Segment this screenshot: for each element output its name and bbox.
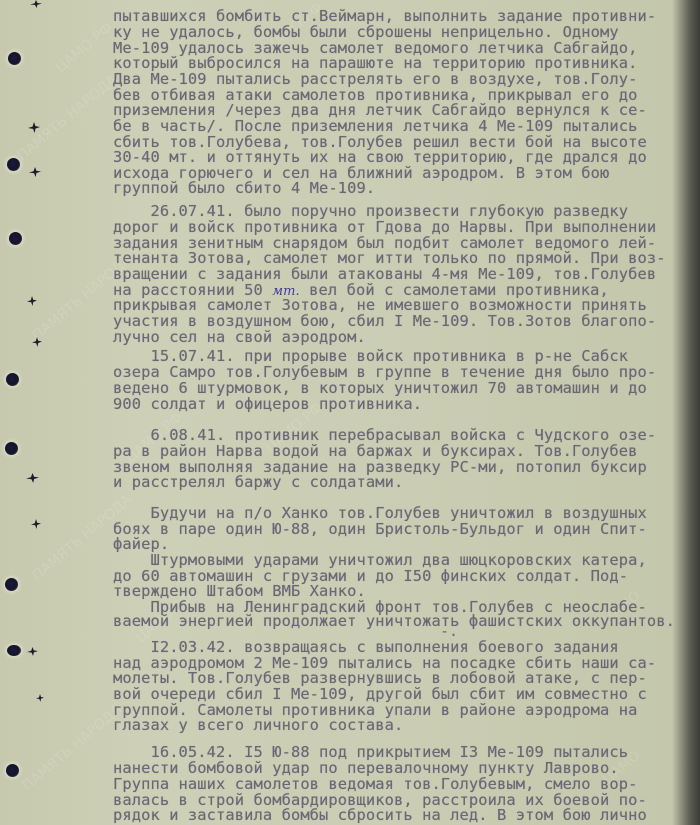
archive-watermark: ПАМЯТЬ НАРОДА: [19, 702, 125, 794]
binding-hole: [7, 158, 20, 171]
text-line: ваемой энергией продолжает уничтожать фа…: [113, 613, 675, 629]
text-line: прикрывая самолет Зотова, не имевшего во…: [113, 297, 647, 313]
text-line: ведено 6 штурмовок, в которых уничтожил …: [113, 380, 647, 396]
text-line: 15.07.41. при прорыве войск противника в…: [113, 348, 628, 364]
text-line: 16.05.42. I5 Ю-88 под прикрытием I3 Ме-1…: [113, 744, 628, 760]
text-line: 26.07.41. было поручно произвести глубок…: [113, 203, 628, 219]
paper-tear-mark: [31, 519, 41, 529]
paper-tear-mark: [36, 694, 44, 702]
binding-hole: [5, 578, 18, 591]
text-line: приземления /через два дня летчик Сабгай…: [113, 102, 647, 118]
paper-tear-mark: [29, 167, 41, 177]
text-line: 30-40 мт. и оттянуть их на свою территор…: [113, 149, 647, 165]
text-line: озера Самро тов.Голубевым в группе в теч…: [113, 364, 656, 380]
binding-hole: [8, 52, 21, 65]
paper-tear-mark: [30, 0, 42, 8]
text-line: Будучи на п/о Ханко тов.Голубев уничтожи…: [113, 505, 647, 521]
text-line: ра в район Нарва водой на баржах и букси…: [113, 443, 638, 459]
text-line: Группа наших самолетов ведомая тов.Голуб…: [113, 776, 638, 792]
text-line: тенанта Зотова, самолет мог итти только …: [113, 250, 666, 266]
text-line: I2.03.42. возвращаясь с выполнения боево…: [113, 639, 619, 655]
binding-hole: [5, 442, 18, 455]
text-line: пытавшихся бомбить ст.Веймарн, выполнить…: [113, 8, 656, 24]
archival-document-page: ЦАМО.РФ ЦАМО.РФ ПАМЯТЬ НАРОДА ЦАМО ПАМЯТ…: [0, 0, 700, 825]
text-line: 900 солдат и офицеров противника.: [113, 396, 422, 412]
text-line: который выбросился на парашюте на террит…: [113, 55, 638, 71]
text-line: вращении с задания были атакованы 4-мя М…: [113, 266, 656, 282]
text-line: молеты. Тов.Голубев развернувшись в лобо…: [113, 670, 647, 686]
text-line: тверждено Штабом ВМБ Ханко.: [113, 583, 366, 599]
text-line: нанести бомбовой удар по перевалочному п…: [113, 760, 619, 776]
binding-hole: [6, 373, 19, 386]
text-line: группой было сбито 4 Ме-109.: [113, 180, 375, 196]
archive-watermark: ПАМЯТЬ НАРОДА: [14, 72, 120, 164]
binding-hole: [9, 232, 22, 245]
text-line: файер.: [113, 536, 169, 552]
text-line: Штурмовыми ударами уничтожил два шюцкоро…: [113, 552, 647, 568]
binding-hole: [6, 764, 19, 777]
paper-tear-mark: [27, 296, 37, 306]
text-line: дорог и войск противника от Гдова до Нар…: [113, 219, 656, 235]
binding-hole: [7, 645, 21, 656]
text-line: и расстрелял баржу с солдатами.: [113, 474, 403, 490]
paper-tear-mark: [32, 337, 42, 347]
text-line: ку не удалось, бомбы были сброшены непри…: [113, 24, 619, 40]
text-line: глазах у всего личного состава.: [113, 717, 403, 733]
text-line: рядок и заставила бомбы сбросить на лед.…: [113, 807, 647, 823]
text-line: вой очереди сбил I Ме-109, другой был сб…: [113, 686, 647, 702]
text-line: 6.08.41. противник перебрасывал войска с…: [113, 427, 656, 443]
text-line: бе в часть/. После приземления летчика 4…: [113, 118, 638, 134]
text-line: участия в воздушном бою, сбил I Ме-109. …: [113, 313, 656, 329]
text-line: боях в паре один Ю-88, один Бристоль-Бул…: [113, 521, 647, 537]
text-line: Два Ме-109 пытались расстрелять его в во…: [113, 71, 638, 87]
paper-tear-mark: [26, 473, 39, 483]
paper-tear-mark: [27, 647, 38, 656]
archive-watermark: ЦАМО.РФ: [53, 20, 116, 76]
paper-tear-mark: [28, 122, 40, 133]
text-line: лучно сел на свой аэродром.: [113, 329, 366, 345]
